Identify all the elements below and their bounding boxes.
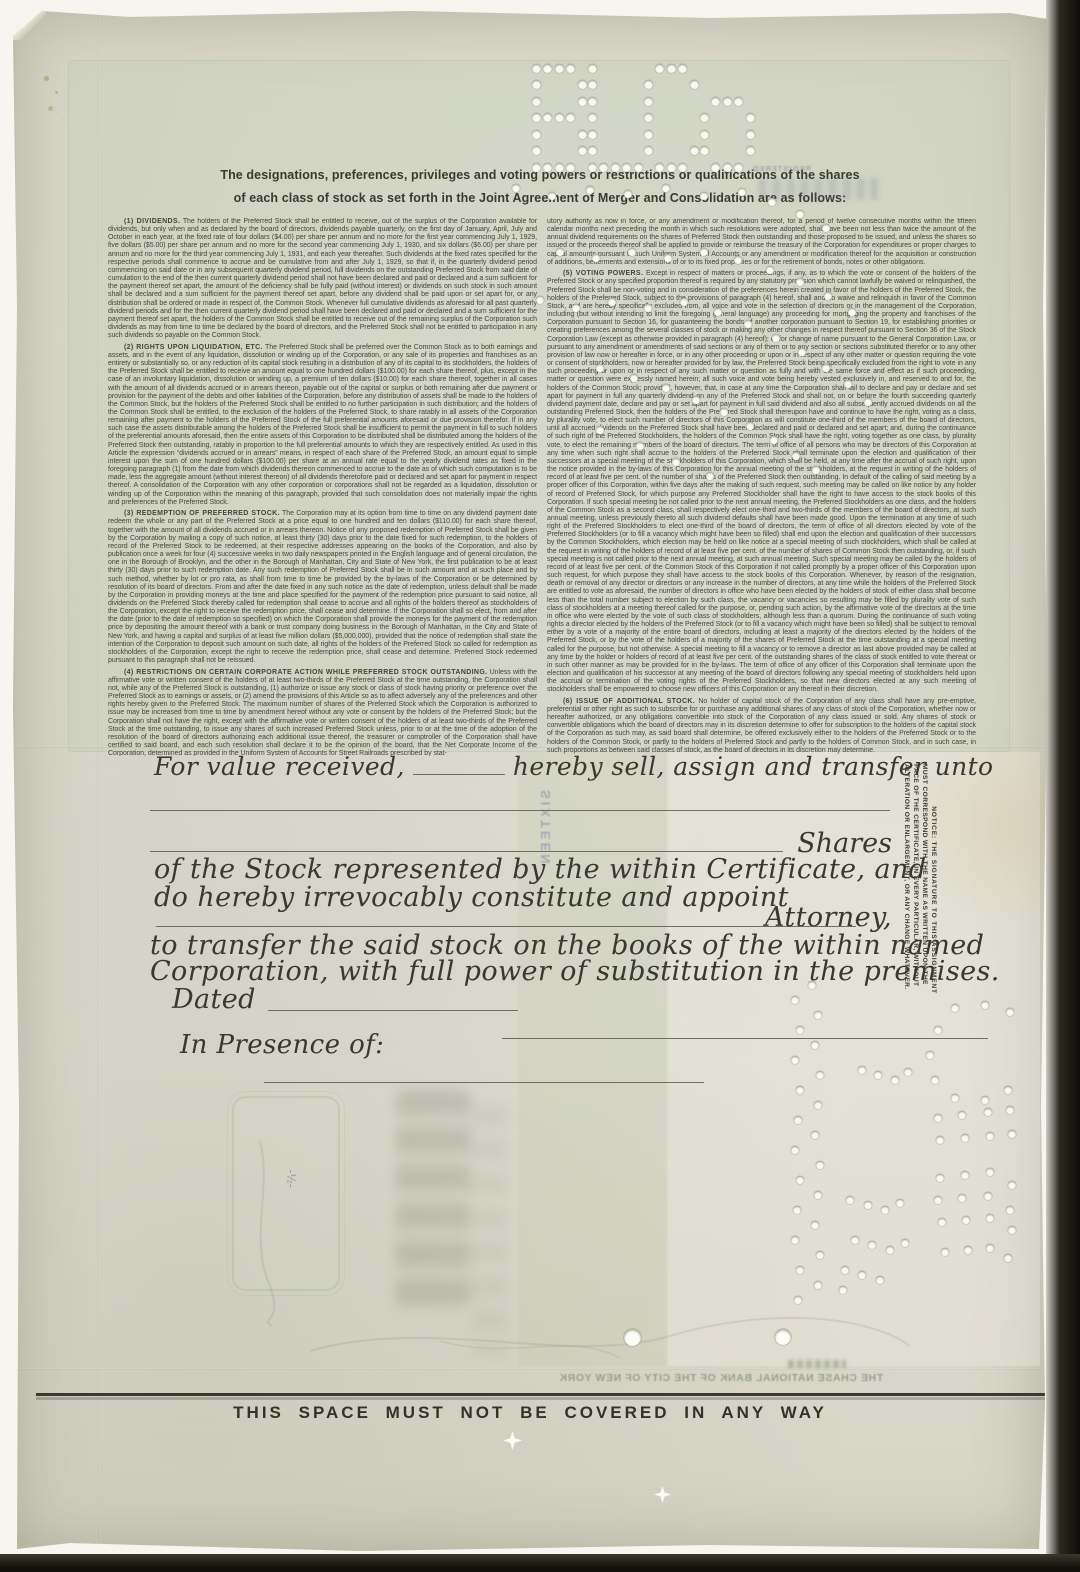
round-punch-hole bbox=[775, 1329, 791, 1345]
for-value-received-text: For value received, bbox=[154, 752, 405, 781]
photo-backing-right bbox=[1046, 0, 1080, 1572]
banner-rule bbox=[36, 1393, 1046, 1396]
registered-stamp-showthrough: REGISTERED bbox=[752, 164, 811, 173]
dated-line bbox=[268, 1010, 518, 1011]
cartouche-showthrough bbox=[232, 1096, 340, 1291]
stamp-smudge bbox=[758, 178, 878, 200]
photo-backing-bottom bbox=[0, 1554, 1080, 1572]
signature-notice-line4: ALTERATION OR ENLARGEMENT, OR ANY CHANGE… bbox=[902, 764, 911, 1036]
dated-label: Dated bbox=[172, 984, 256, 1015]
scan-photo: The designations, preferences, privilege… bbox=[0, 0, 1080, 1572]
signature-notice-line2: MUST CORRESPOND WITH THE NAME AS WRITTEN… bbox=[920, 764, 929, 1036]
paragraph-liquidation: (2) RIGHTS UPON LIQUIDATION, ETC. The Pr… bbox=[108, 344, 537, 507]
star-punch-hole bbox=[503, 1431, 522, 1450]
assignee-name-blank bbox=[413, 753, 505, 775]
paragraph-redemption: (3) REDEMPTION OF PREFERRED STOCK. The C… bbox=[108, 510, 537, 665]
stock-certificate-back: The designations, preferences, privilege… bbox=[10, 6, 1050, 1556]
banner-text: THIS SPACE MUST NOT BE COVERED IN ANY WA… bbox=[10, 1403, 1050, 1423]
paragraph-restrictions: (4) RESTRICTIONS ON CERTAIN CORPORATE AC… bbox=[108, 669, 537, 756]
paragraph-dividends: (1) DIVIDENDS. The holders of the Prefer… bbox=[108, 218, 537, 340]
dog-eared-corner bbox=[12, 10, 46, 40]
fill-in-line-1 bbox=[150, 810, 890, 811]
signature-notice-line3: FACE OF THE CERTIFICATE, IN EVERY PARTIC… bbox=[911, 764, 920, 1036]
witness-line bbox=[264, 1082, 704, 1083]
paragraph-additional-stock: (6) ISSUE OF ADDITIONAL STOCK. No holder… bbox=[547, 698, 976, 755]
assignment-line5: Corporation, with full power of substitu… bbox=[150, 956, 1000, 987]
assignment-line1: For value received,hereby sell, assign a… bbox=[154, 752, 993, 781]
signature-notice: NOTICE: THE SIGNATURE TO THIS ASSIGNMENT… bbox=[894, 764, 938, 1036]
green-stain-speckles bbox=[44, 76, 49, 81]
witness-label: In Presence of: bbox=[180, 1030, 384, 1060]
paragraph-restrictions-continued: utory authority as now in force, or any … bbox=[547, 218, 976, 267]
assignment-form: For value received,hereby sell, assign a… bbox=[150, 748, 892, 1098]
vertical-crease bbox=[96, 6, 98, 1556]
star-punch-hole bbox=[654, 1486, 671, 1503]
horizontal-crease-2 bbox=[10, 1368, 1050, 1370]
round-punch-hole bbox=[624, 1329, 641, 1346]
assignment-line3: do hereby irrevocably constitute and app… bbox=[154, 882, 789, 913]
bank-name-showthrough: THE CHASE NATIONAL BANK OF THE CITY OF N… bbox=[546, 1372, 896, 1384]
signature-line bbox=[502, 1038, 988, 1039]
signature-notice-line1: NOTICE: THE SIGNATURE TO THIS ASSIGNMENT bbox=[929, 764, 938, 1036]
small-text-smudge bbox=[788, 1360, 846, 1368]
provisions-left-column: (1) DIVIDENDS. The holders of the Prefer… bbox=[108, 218, 537, 756]
paragraph-voting-powers: (5) VOTING POWERS. Except in respect of … bbox=[547, 270, 976, 694]
attorney-label: Attorney, bbox=[765, 902, 892, 933]
attorney-name-line bbox=[156, 926, 856, 927]
title-showthrough-smudge-2 bbox=[472, 1106, 508, 1356]
blue-text-showthrough: SIXTEEN bbox=[538, 790, 553, 950]
title-showthrough-smudge bbox=[396, 1090, 470, 1310]
fill-in-line-2 bbox=[150, 851, 783, 852]
pencil-note: -½- bbox=[285, 1169, 298, 1187]
